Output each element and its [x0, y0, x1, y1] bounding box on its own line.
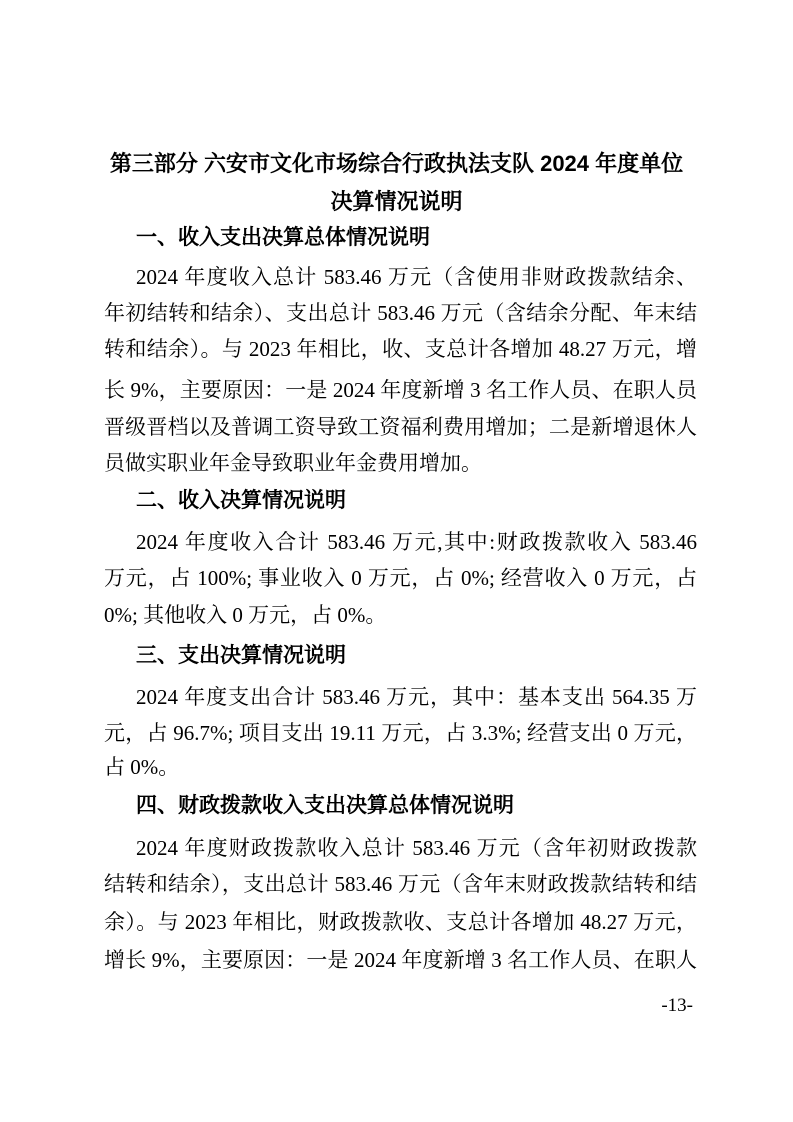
document-title-line-2: 决算情况说明 — [20, 183, 773, 221]
section-1-paragraph-line: 长 9%，主要原因：一是 2024 年度新增 3 名工作人员、在职人员 — [104, 372, 697, 409]
section-1-paragraph-line: 2024 年度收入总计 583.46 万元（含使用非财政拨款结余、 — [136, 259, 697, 296]
section-1-paragraph-line: 晋级晋档以及普调工资导致工资福利费用增加；二是新增退休人 — [104, 409, 697, 446]
section-3-paragraph-line: 元，占 96.7%; 项目支出 19.11 万元，占 3.3%; 经营支出 0 … — [104, 715, 697, 752]
page-number: -13- — [661, 987, 693, 1024]
section-1-paragraph-line: 员做实职业年金导致职业年金费用增加。 — [104, 445, 697, 482]
section-4-paragraph-line: 余）。与 2023 年相比，财政拨款收、支总计各增加 48.27 万元， — [104, 904, 697, 941]
document-title-line-1: 第三部分 六安市文化市场综合行政执法支队 2024 年度单位 — [20, 145, 773, 183]
section-4-heading: 四、财政拨款收入支出决算总体情况说明 — [136, 787, 697, 824]
section-1-paragraph-line: 转和结余）。与 2023 年相比，收、支总计各增加 48.27 万元，增 — [104, 331, 697, 368]
section-1-paragraph-line: 年初结转和结余）、支出总计 583.46 万元（含结余分配、年末结 — [104, 295, 697, 332]
section-3-heading: 三、支出决算情况说明 — [136, 637, 697, 674]
section-4-paragraph-line: 增长 9%，主要原因：一是 2024 年度新增 3 名工作人员、在职人 — [104, 942, 697, 979]
section-3-paragraph-line: 2024 年度支出合计 583.46 万元，其中：基本支出 564.35 万 — [136, 679, 697, 716]
section-3-paragraph-line: 占 0%。 — [104, 749, 697, 786]
document-page: 第三部分 六安市文化市场综合行政执法支队 2024 年度单位 决算情况说明 一、… — [0, 0, 793, 1122]
section-4-paragraph-line: 结转和结余），支出总计 583.46 万元（含年末财政拨款结转和结 — [104, 866, 697, 903]
section-2-paragraph-line: 2024 年度收入合计 583.46 万元,其中:财政拨款收入 583.46 — [136, 524, 697, 561]
section-1-heading: 一、收入支出决算总体情况说明 — [136, 219, 697, 256]
section-2-heading: 二、收入决算情况说明 — [136, 482, 697, 519]
section-2-paragraph-line: 0%; 其他收入 0 万元，占 0%。 — [104, 597, 697, 634]
section-4-paragraph-line: 2024 年度财政拨款收入总计 583.46 万元（含年初财政拨款 — [136, 830, 697, 867]
section-2-paragraph-line: 万元，占 100%; 事业收入 0 万元，占 0%; 经营收入 0 万元，占 — [104, 560, 697, 597]
